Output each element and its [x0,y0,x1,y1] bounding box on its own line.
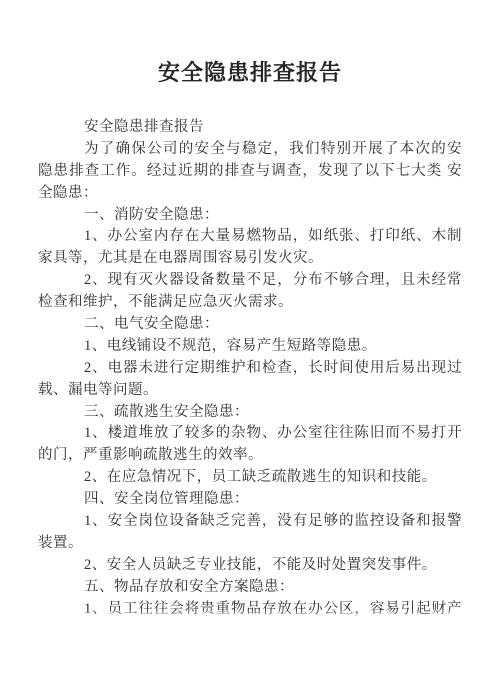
paragraph-line: 二、电气安全隐患： [38,314,462,336]
paragraph-line: 1、安全岗位设备缺乏完善，没有足够的监控设备和报警 [38,511,462,533]
paragraph-line: 安全隐患排查报告 [38,117,462,139]
paragraph-line: 1、楼道堆放了较多的杂物、办公室往往陈旧而不易打开 [38,423,462,445]
paragraph-line: 载、漏电等问题。 [38,380,462,402]
paragraph-line: 装置。 [38,533,462,555]
paragraph-line: 1、员工往往会将贵重物品存放在办公区，容易引起财产 [38,599,462,621]
paragraph-line: 全隐患： [38,183,462,205]
paragraph-line: 2、现有灭火器设备数量不足，分布不够合理，且未经常 [38,270,462,292]
paragraph-line: 五、物品存放和安全方案隐患： [38,577,462,599]
paragraph-line: 1、电线铺设不规范，容易产生短路等隐患。 [38,336,462,358]
paragraph-line: 2、电器未进行定期维护和检查，长时间使用后易出现过 [38,358,462,380]
paragraph-line: 隐患排查工作。经过近期的排查与调查，发现了以下七大类 安 [38,161,462,183]
paragraph-line: 2、在应急情况下，员工缺乏疏散逃生的知识和技能。 [38,467,462,489]
document-page: 安全隐患排查报告 安全隐患排查报告为了确保公司的安全与稳定，我们特别开展了本次的… [0,0,500,674]
paragraph-line: 的门，严重影响疏散逃生的效率。 [38,445,462,467]
document-title: 安全隐患排查报告 [0,59,500,87]
paragraph-line: 检查和维护，不能满足应急灭火需求。 [38,292,462,314]
paragraph-line: 2、安全人员缺乏专业技能，不能及时处置突发事件。 [38,555,462,577]
paragraph-line: 为了确保公司的安全与稳定，我们特别开展了本次的安 全 [38,139,462,161]
paragraph-line: 一、消防安全隐患： [38,205,462,227]
paragraph-line: 四、安全岗位管理隐患： [38,489,462,511]
paragraph-line: 家具等，尤其是在电器周围容易引发火灾。 [38,248,462,270]
document-body: 安全隐患排查报告为了确保公司的安全与稳定，我们特别开展了本次的安 全隐患排查工作… [38,117,462,620]
paragraph-line: 三、疏散逃生安全隐患： [38,402,462,424]
paragraph-line: 1、办公室内存在大量易燃物品，如纸张、打印纸、木制 [38,226,462,248]
